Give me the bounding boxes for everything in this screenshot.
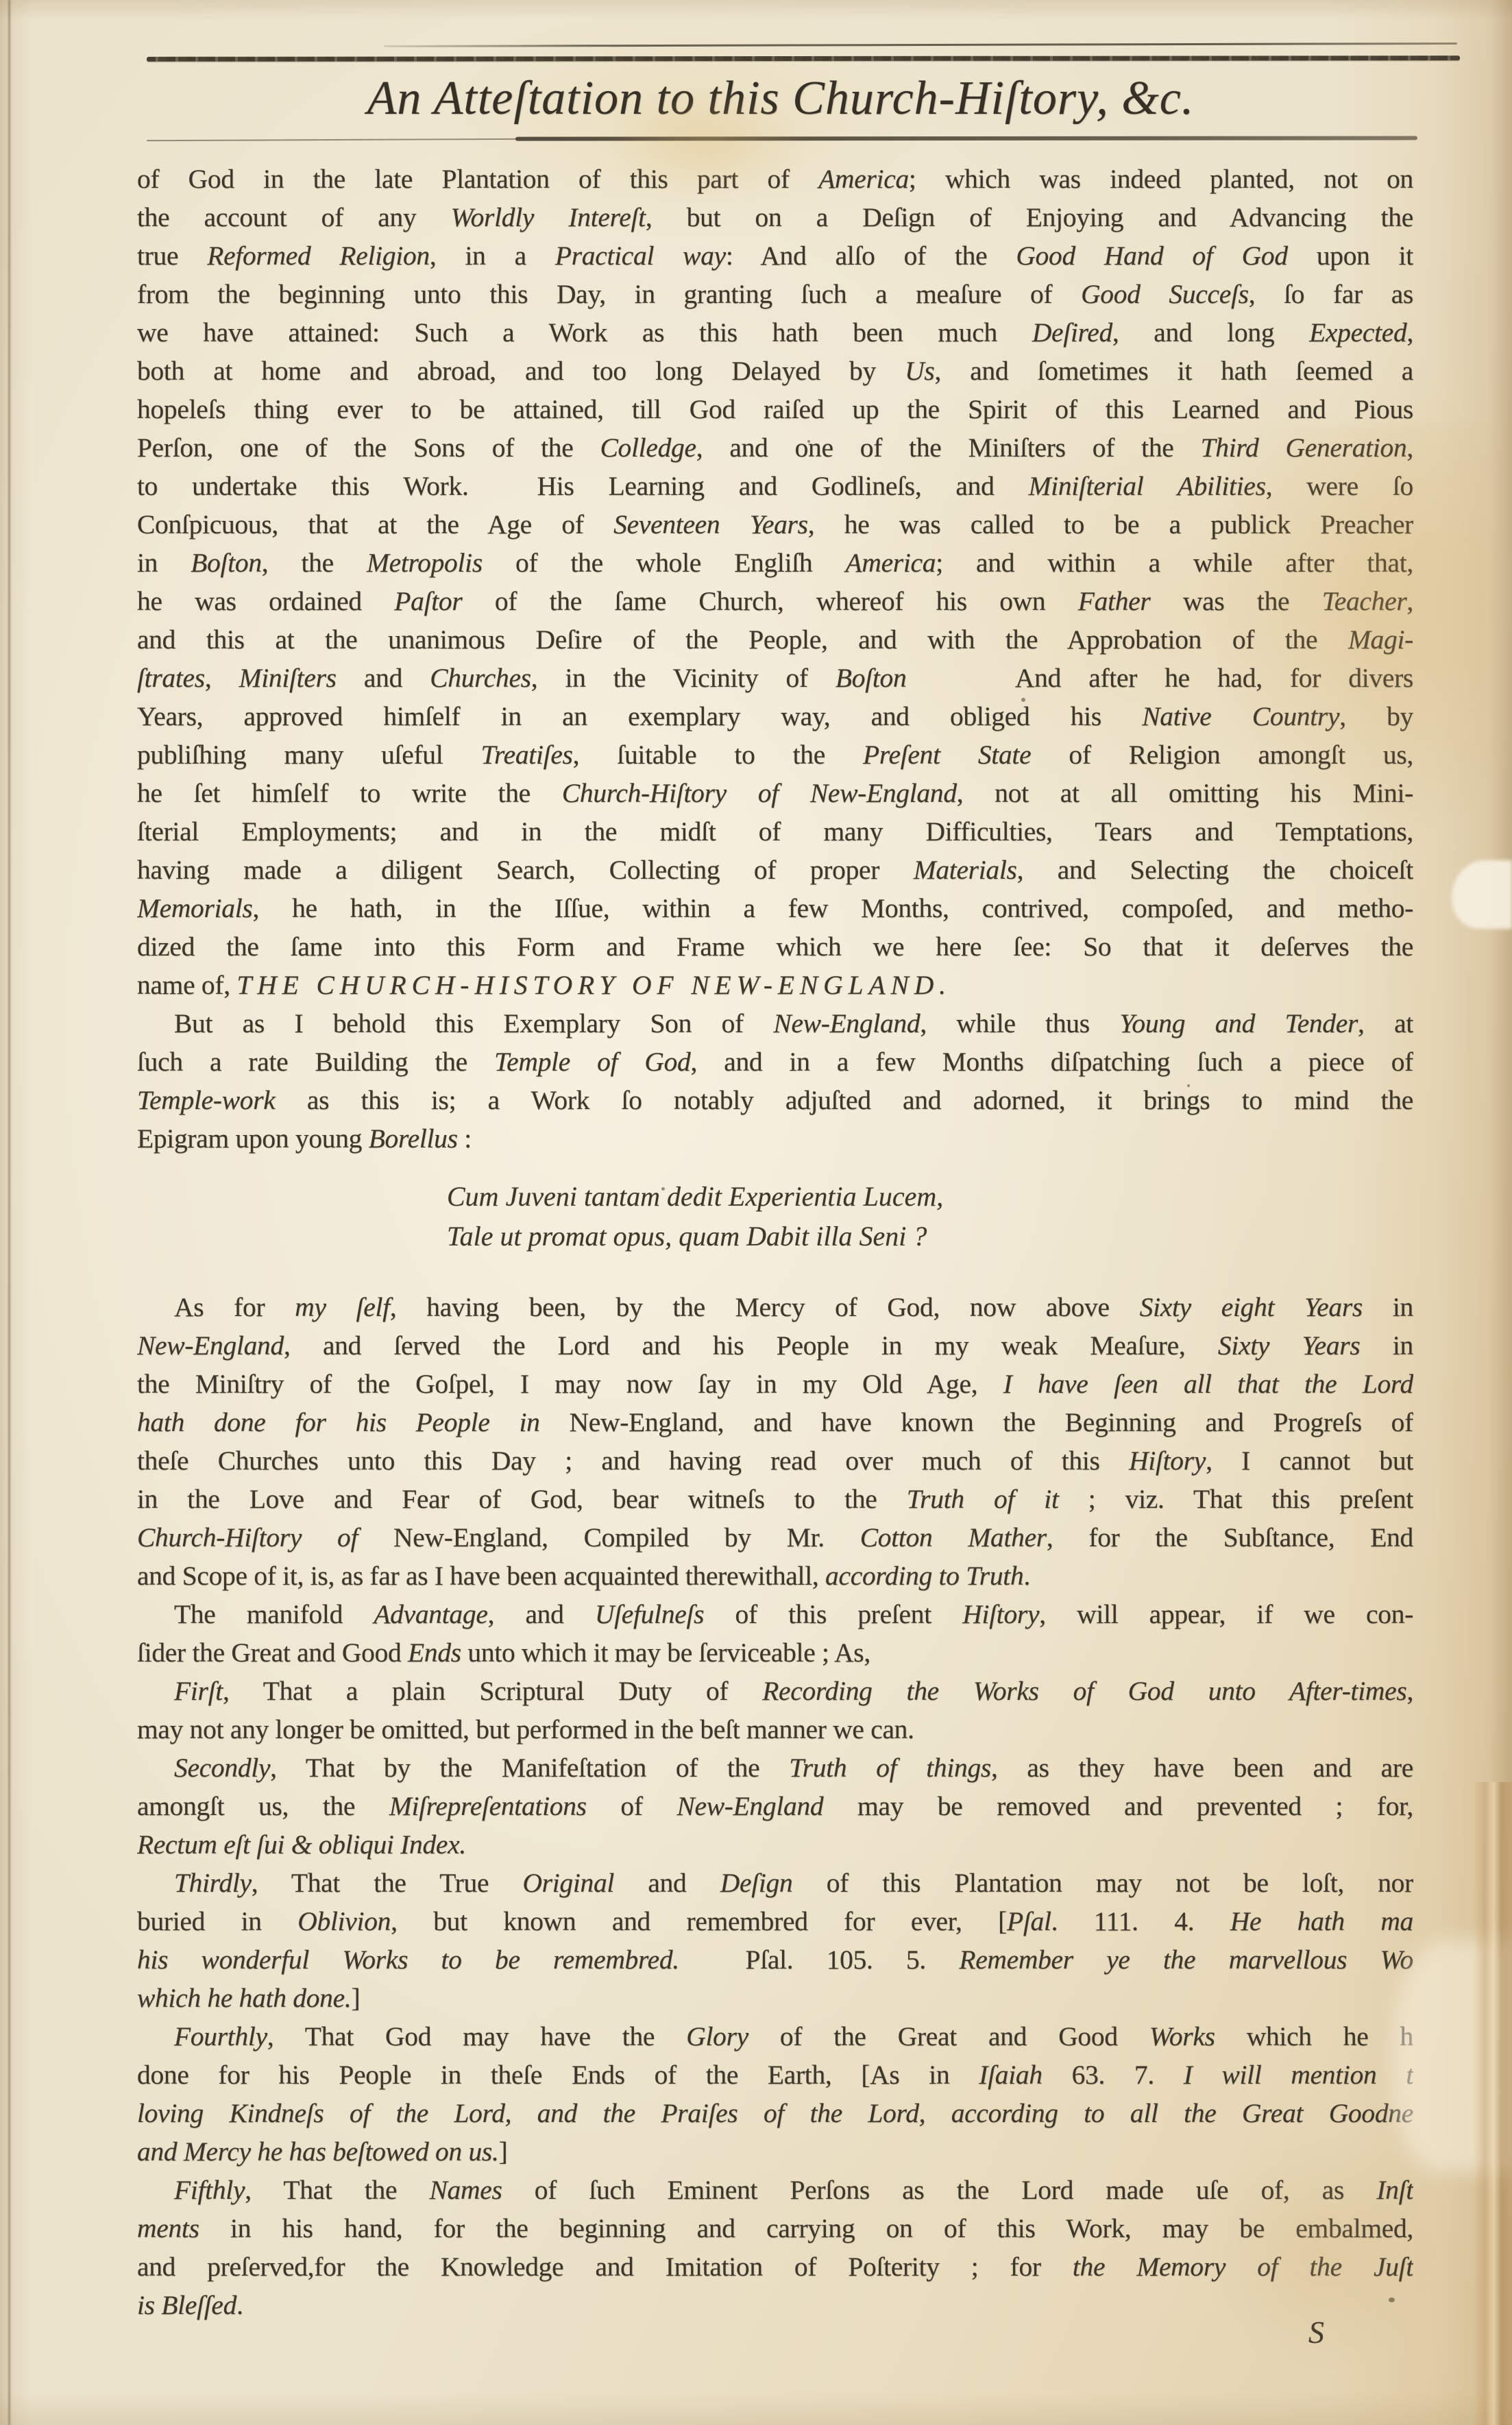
roman-text: may not any longer be omitted, but perfo… xyxy=(137,1714,914,1744)
italic-text: Tale ut promat opus, quam Dabit illa Sen… xyxy=(447,1221,927,1252)
text-line: the account of any Worldly Intereſt, but… xyxy=(137,198,1413,236)
roman-text: hopeleſs thing ever to be attained, till… xyxy=(137,394,1413,424)
roman-text: in xyxy=(1363,1292,1413,1322)
paper-stain-right xyxy=(1204,425,1491,850)
text-line: his wonderful Works to be remembred. Pſa… xyxy=(137,1940,1413,1979)
italic-text: Ends xyxy=(408,1637,461,1668)
text-line: dized the ſame into this Form and Frame … xyxy=(137,927,1413,966)
italic-text: Pſal xyxy=(1007,1906,1051,1936)
italic-text: Advantage xyxy=(374,1599,487,1629)
italic-text: Temple of God xyxy=(494,1047,690,1077)
roman-text: ſuch a rate Building the xyxy=(137,1047,494,1077)
page-edge-stack xyxy=(1474,1782,1512,2425)
italic-text: Colledge xyxy=(600,432,696,463)
text-line: amongſt us, the Miſrepreſentations of Ne… xyxy=(137,1787,1413,1825)
roman-text: . xyxy=(236,2290,243,2320)
epigram-line: Tale ut promat opus, quam Dabit illa Sen… xyxy=(447,1217,1413,1256)
roman-text: and xyxy=(337,663,430,693)
italic-text: Boſton xyxy=(836,663,907,693)
text-line: Church-Hiſtory of New-England, Compiled … xyxy=(137,1518,1413,1557)
text-line: buried in Oblivion, but known and rememb… xyxy=(137,1902,1413,1940)
roman-text: . xyxy=(1023,1561,1030,1591)
roman-text: , but on a Deſign of Enjoying and Advanc… xyxy=(646,202,1413,232)
roman-text: done for his People in theſe Ends of the… xyxy=(137,2060,979,2090)
italic-text: New-England xyxy=(773,1008,920,1038)
roman-text: and preſerved,for the Knowledge and Imit… xyxy=(137,2252,1073,2282)
title-underline-left xyxy=(147,138,517,141)
italic-text: Hiſtory xyxy=(962,1599,1039,1629)
italic-text: Miſrepreſentations xyxy=(389,1791,587,1821)
italic-text: ſtrates xyxy=(137,663,205,693)
roman-text: , and Selecting the choiceſt xyxy=(1017,855,1413,885)
roman-text: of the Great and Good xyxy=(748,2021,1149,2051)
italic-text: and Mercy he has beſtowed on us. xyxy=(137,2136,499,2167)
roman-text: may be removed and prevented ; for, xyxy=(823,1791,1413,1821)
italic-text: Works xyxy=(1149,2021,1215,2051)
italic-text: Church-Hiſtory of xyxy=(137,1522,358,1552)
roman-text: which he h xyxy=(1215,2021,1413,2051)
italic-text: hath done for his People in xyxy=(137,1407,540,1437)
italic-text: Paſtor xyxy=(394,586,462,616)
text-line: ſider the Great and Good Ends unto which… xyxy=(137,1633,1413,1672)
roman-text: ] xyxy=(351,1983,360,2013)
paper-stain-bottom-right xyxy=(1210,2138,1430,2365)
roman-text: , and in a few Months diſpatching ſuch a… xyxy=(691,1047,1413,1077)
roman-text: from the beginning unto this Day, in gra… xyxy=(137,279,1081,309)
roman-text: unto which it may be ſerviceable ; As, xyxy=(461,1637,870,1668)
italic-text: his wonderful Works to be remembred. xyxy=(137,1945,679,1975)
roman-text: dized the ſame into this Form and Frame … xyxy=(137,931,1413,962)
roman-text: Years, approved himſelf in an exemplary … xyxy=(137,701,1142,731)
roman-text: , That a plain Scriptural Duty of xyxy=(223,1676,762,1706)
ink-speck xyxy=(288,1454,291,1458)
italic-text: Practical way xyxy=(555,241,726,271)
italic-text: Metropolis xyxy=(367,548,483,578)
text-line: Thirdly, That the True Original and Deſi… xyxy=(137,1864,1413,1902)
text-line: Firſt, That a plain Scriptural Duty of R… xyxy=(137,1672,1413,1710)
roman-text: Pſal. 105. 5. xyxy=(679,1945,960,1975)
roman-text: Epigram upon young xyxy=(137,1123,369,1154)
roman-text: upon it xyxy=(1288,241,1413,271)
roman-text: , at xyxy=(1358,1008,1413,1038)
text-line: Fourthly, That God may have the Glory of… xyxy=(137,2017,1413,2056)
italic-text: Churches xyxy=(430,663,531,693)
roman-text: we have attained: Such a Work as this ha… xyxy=(137,317,1032,348)
roman-text: , and one of the Miniſters of the xyxy=(696,432,1201,463)
italic-text: Temple-work xyxy=(137,1085,276,1115)
roman-text: ] xyxy=(499,2136,508,2167)
roman-text: in the Love and Fear of God, bear witneſ… xyxy=(137,1484,907,1514)
roman-text: of the ſame Church, whereof his own xyxy=(462,586,1077,616)
roman-text: of this Plantation may not be loſt, nor xyxy=(792,1868,1413,1898)
ink-speck xyxy=(1021,698,1025,702)
roman-text: amongſt us, the xyxy=(137,1791,389,1821)
italic-text: Names xyxy=(429,2175,502,2205)
italic-text: Materials xyxy=(914,855,1017,885)
italic-text: Us xyxy=(905,356,934,386)
roman-text: , and long xyxy=(1112,317,1309,348)
text-line: may not any longer be omitted, but perfo… xyxy=(137,1710,1413,1748)
roman-text: name of, xyxy=(137,970,236,1000)
italic-text: Fourthly xyxy=(174,2021,267,2051)
roman-text: : xyxy=(458,1123,472,1154)
italic-text: Good Hand of God xyxy=(1016,241,1287,271)
roman-text: , but known and remembred for ever, [ xyxy=(391,1906,1007,1936)
italic-text: Cum Juveni tantam dedit Experientia Luce… xyxy=(447,1181,943,1212)
roman-text: he ſet himſelf to write the xyxy=(137,778,562,808)
italic-text: ments xyxy=(137,2213,199,2243)
italic-text: Deſign xyxy=(720,1868,793,1898)
italic-text: Deſired xyxy=(1032,317,1112,348)
roman-text: , and ſerved the Lord and his People in … xyxy=(284,1330,1218,1361)
header-rule-thin xyxy=(384,42,1457,47)
roman-text: ; which was indeed planted, not on xyxy=(909,164,1413,194)
roman-text: 63. 7. xyxy=(1042,2060,1184,2090)
text-line: ſuch a rate Building the Temple of God, … xyxy=(137,1043,1413,1081)
italic-text: Father xyxy=(1078,586,1151,616)
italic-text: Seventeen Years xyxy=(613,509,808,539)
roman-text: ſider the Great and Good xyxy=(137,1637,408,1668)
roman-text: , xyxy=(1406,317,1413,348)
italic-text: Oblivion xyxy=(297,1906,391,1936)
roman-text: , for the Subſtance, End xyxy=(1047,1522,1413,1552)
italic-text: Glory xyxy=(686,2021,748,2051)
italic-text: is Bleſſed xyxy=(137,2290,236,2320)
text-line: Memorials, he hath, in the Iſſue, within… xyxy=(137,889,1413,927)
italic-text: Church-Hiſtory of New-England xyxy=(562,778,957,808)
italic-text: Thirdly xyxy=(174,1868,252,1898)
text-line: The manifold Advantage, and Uſefulneſs o… xyxy=(137,1595,1413,1633)
italic-text: America xyxy=(846,548,936,578)
epigram-line: Cum Juveni tantam dedit Experientia Luce… xyxy=(447,1177,1413,1217)
italic-text: Truth of things xyxy=(789,1753,991,1783)
italic-text: New-England xyxy=(137,1330,284,1361)
roman-text: , as they have been and are xyxy=(991,1753,1413,1783)
text-line: from the beginning unto this Day, in gra… xyxy=(137,275,1413,313)
text-line: true Reformed Religion, in a Practical w… xyxy=(137,236,1413,275)
roman-text: to undertake this Work. His Learning and… xyxy=(137,471,1029,501)
text-line: having made a diligent Search, Collectin… xyxy=(137,851,1413,889)
book-page-scan: An Atteſtation to this Church-Hiſtory, &… xyxy=(0,0,1512,2425)
roman-text: , while thus xyxy=(920,1008,1119,1038)
roman-text: publiſhing many uſeful xyxy=(137,740,481,770)
italic-text: Borellus xyxy=(369,1123,458,1154)
ink-speck xyxy=(661,1187,665,1191)
roman-text: of xyxy=(587,1791,677,1821)
italic-text: Firſt xyxy=(174,1676,223,1706)
paper-chip-right-edge xyxy=(1452,860,1512,929)
italic-text: America xyxy=(818,164,909,194)
header-rule-thick xyxy=(147,56,1460,62)
roman-text: , the xyxy=(262,548,367,578)
italic-text: Secondly xyxy=(174,1753,270,1783)
italic-text: I will mention t xyxy=(1184,2060,1413,2090)
paper-stain-top xyxy=(603,89,809,199)
roman-text: , That the xyxy=(245,2175,429,2205)
italic-text: Good Succeſs xyxy=(1081,279,1249,309)
roman-text: , in a xyxy=(430,241,555,271)
roman-text: in xyxy=(1360,1330,1413,1361)
italic-text: Rectum eſt ſui & obliqui Index. xyxy=(137,1829,466,1860)
text-line: hath done for his People in New-England,… xyxy=(137,1403,1413,1441)
roman-text: the account of any xyxy=(137,202,451,232)
binding-edge-line xyxy=(8,0,10,2425)
roman-text: . 111. 4. xyxy=(1051,1906,1230,1936)
roman-text: ; viz. That this preſent xyxy=(1059,1484,1413,1514)
italic-text: Fifthly xyxy=(174,2175,245,2205)
italic-text: Recording the Works of God unto After-ti… xyxy=(762,1676,1406,1706)
roman-text: But as I behold this Exemplary Son of xyxy=(174,1008,773,1038)
text-line: loving Kindneſs of the Lord, and the Pra… xyxy=(137,2094,1413,2132)
italic-text: He hath ma xyxy=(1230,1906,1413,1936)
roman-text: as this is; a Work ſo notably adjuſted a… xyxy=(276,1085,1413,1115)
roman-text: , and xyxy=(488,1599,595,1629)
italic-text: Hiſtory xyxy=(1129,1446,1206,1476)
italic-text: I have ſeen all that the Lord xyxy=(1003,1369,1413,1399)
text-line: But as I behold this Exemplary Son of Ne… xyxy=(137,1004,1413,1043)
text-line: As for my ſelf, having been, by the Merc… xyxy=(137,1288,1413,1326)
italic-text: Sixty eight Years xyxy=(1140,1292,1363,1322)
roman-text: true xyxy=(137,241,207,271)
text-line: we have attained: Such a Work as this ha… xyxy=(137,313,1413,352)
italic-text: Original xyxy=(522,1868,614,1898)
italic-text: Young and Tender xyxy=(1119,1008,1358,1038)
italic-text: Expected xyxy=(1309,317,1406,348)
roman-text: , ſuitable to the xyxy=(573,740,863,770)
roman-text: New-England, and have known the Beginnin… xyxy=(540,1407,1413,1437)
roman-text: As for xyxy=(174,1292,295,1322)
italic-text: according to Truth xyxy=(825,1561,1023,1591)
roman-text: , That by the Manifeſtation of the xyxy=(270,1753,789,1783)
roman-text: , That the True xyxy=(252,1868,523,1898)
roman-text: and Scope of it, is, as far as I have be… xyxy=(137,1561,825,1591)
text-line: Rectum eſt ſui & obliqui Index. xyxy=(137,1825,1413,1864)
roman-text: Perſon, one of the Sons of the xyxy=(137,432,600,463)
roman-text: , That God may have the xyxy=(267,2021,686,2051)
caps-text: THE CHURCH-HISTORY OF NEW-ENGLAND. xyxy=(236,970,951,1000)
text-line: the Miniſtry of the Goſpel, I may now ſa… xyxy=(137,1365,1413,1403)
italic-text: Cotton Mather xyxy=(860,1522,1047,1552)
text-line: Temple-work as this is; a Work ſo notabl… xyxy=(137,1081,1413,1119)
text-line: done for his People in theſe Ends of the… xyxy=(137,2056,1413,2094)
roman-text: theſe Churches unto this Day ; and havin… xyxy=(137,1446,1129,1476)
italic-text: Worldly Intereſt xyxy=(451,202,646,232)
ink-speck xyxy=(1187,1084,1190,1087)
roman-text: and xyxy=(614,1868,720,1898)
text-line: hopeleſs thing ever to be attained, till… xyxy=(137,390,1413,428)
roman-text: both at home and abroad, and too long De… xyxy=(137,356,905,386)
roman-text: , and ſometimes it hath ſeemed a xyxy=(934,356,1413,386)
roman-text: : And alſo of the xyxy=(726,241,1016,271)
roman-text: , I cannot but xyxy=(1206,1446,1413,1476)
italic-text: Truth of it xyxy=(907,1484,1059,1514)
italic-text: Miniſters xyxy=(239,663,337,693)
roman-text: , in the Vicinity of xyxy=(531,663,836,693)
text-line: name of, THE CHURCH-HISTORY OF NEW-ENGLA… xyxy=(137,966,1413,1004)
roman-text: , will appear, if we con- xyxy=(1039,1599,1413,1629)
roman-text: Conſpicuous, that at the Age of xyxy=(137,509,613,539)
text-line: in the Love and Fear of God, bear witneſ… xyxy=(137,1480,1413,1518)
roman-text: having made a diligent Search, Collectin… xyxy=(137,855,914,885)
text-line: which he hath done.] xyxy=(137,1979,1413,2017)
italic-text: Memorials xyxy=(137,893,252,923)
italic-text: my ſelf xyxy=(295,1292,390,1322)
text-line: and Scope of it, is, as far as I have be… xyxy=(137,1557,1413,1595)
roman-text: buried in xyxy=(137,1906,297,1936)
roman-text: , ſo far as xyxy=(1249,279,1413,309)
italic-text: Sixty Years xyxy=(1218,1330,1361,1361)
italic-text: Reformed Religion xyxy=(207,241,430,271)
latin-epigram: Cum Juveni tantam dedit Experientia Luce… xyxy=(447,1177,1413,1256)
roman-text: , xyxy=(205,663,239,693)
roman-text: The manifold xyxy=(174,1599,374,1629)
italic-text: loving Kindneſs of the Lord, and the Pra… xyxy=(137,2098,1413,2128)
roman-text: and this at the unanimous Deſire of the … xyxy=(137,624,1348,655)
text-line: both at home and abroad, and too long De… xyxy=(137,352,1413,390)
italic-text: Boſton xyxy=(191,548,262,578)
roman-text: New-England, Compiled by Mr. xyxy=(358,1522,860,1552)
italic-text: Treatiſes xyxy=(481,740,573,770)
italic-text: which he hath done. xyxy=(137,1983,351,2013)
roman-text: , having been, by the Mercy of God, now … xyxy=(390,1292,1140,1322)
ink-speck xyxy=(807,440,810,443)
roman-text: , he hath, in the Iſſue, within a few Mo… xyxy=(252,893,1413,923)
ink-speck xyxy=(1389,2298,1395,2302)
text-line: Secondly, That by the Manifeſtation of t… xyxy=(137,1748,1413,1787)
italic-text: Uſefulneſs xyxy=(595,1599,704,1629)
text-line: Epigram upon young Borellus : xyxy=(137,1119,1413,1158)
italic-text: Iſaiah xyxy=(979,2060,1042,2090)
text-line: New-England, and ſerved the Lord and his… xyxy=(137,1326,1413,1365)
roman-text: in xyxy=(137,548,191,578)
roman-text: the Miniſtry of the Goſpel, I may now ſa… xyxy=(137,1369,1003,1399)
roman-text: of the whole Engliſh xyxy=(483,548,846,578)
roman-text: , xyxy=(1406,1676,1413,1706)
roman-text: of this preſent xyxy=(704,1599,962,1629)
text-line: theſe Churches unto this Day ; and havin… xyxy=(137,1441,1413,1480)
italic-text: Preſent State xyxy=(863,740,1031,770)
italic-text: New-England xyxy=(676,1791,823,1821)
roman-text: he was ordained xyxy=(137,586,394,616)
italic-text: Remember ye the marvellous Wo xyxy=(959,1945,1413,1975)
